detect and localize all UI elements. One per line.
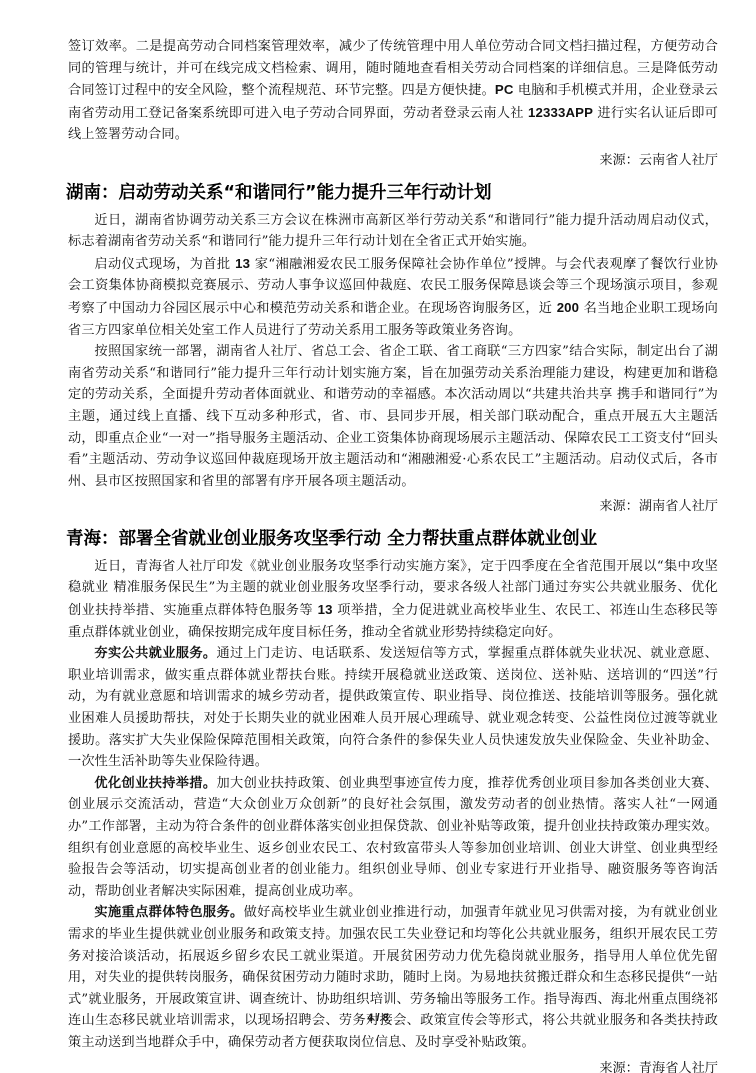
document-page: 签订效率。二是提高劳动合同档案管理效率，减少了传统管理中用人单位劳动合同文档扫描… [68, 0, 718, 1073]
count-value: 13 [318, 602, 333, 617]
paragraph-lead: 优化创业扶持举措。 [94, 776, 216, 791]
pc-label: PC [495, 82, 514, 97]
qinghai-paragraph-4: 实施重点群体特色服务。做好高校毕业生就业创业推进行动，加强青年就业见习供需对接，… [68, 902, 718, 1053]
hunan-paragraph-3: 按照国家统一部署，湖南省人社厅、省总工会、省企工联、省工商联“三方四家”结合实际… [68, 341, 718, 492]
paragraph-text: 加大创业扶持政策、创业典型事迹宣传力度，推荐优秀创业项目参加各类创业大赛、创业展… [68, 776, 718, 899]
qinghai-paragraph-1: 近日，青海省人社厅印发《就业创业服务攻坚季行动实施方案》，定于四季度在全省范围开… [68, 556, 718, 643]
yunnan-continuation-paragraph: 签订效率。二是提高劳动合同档案管理效率，减少了传统管理中用人单位劳动合同文档扫描… [68, 36, 718, 146]
paragraph-text: 通过上门走访、电话联系、发送短信等方式，掌握重点群体就失业状况、就业意愿、职业培… [68, 646, 718, 769]
qinghai-source: 来源：青海省人社厅 [68, 1058, 718, 1073]
paragraph-text: 做好高校毕业生就业创业推进行动，加强青年就业见习供需对接，为有就业创业需求的毕业… [68, 905, 718, 1050]
qinghai-heading: 青海：部署全省就业创业服务攻坚季行动 全力帮扶重点群体就业创业 [66, 526, 718, 552]
paragraph-lead: 实施重点群体特色服务。 [94, 905, 243, 920]
paragraph-text: 启动仪式现场，为首批 [94, 257, 235, 272]
qinghai-paragraph-3: 优化创业扶持举措。加大创业扶持政策、创业典型事迹宣传力度，推荐优秀创业项目参加各… [68, 773, 718, 903]
count-value: 13 [235, 256, 250, 271]
count-value: 200 [557, 300, 579, 315]
hunan-paragraph-2: 启动仪式现场，为首批 13 家“湘融湘爱农民工服务保障社会协作单位”授牌。与会代… [68, 253, 718, 341]
paragraph-lead: 夯实公共就业服务。 [94, 646, 216, 661]
qinghai-paragraph-2: 夯实公共就业服务。通过上门走访、电话联系、发送短信等方式，掌握重点群体就失业状况… [68, 643, 718, 773]
hunan-source: 来源：湖南省人社厅 [68, 496, 718, 518]
page-number: 4 / 8 [0, 1012, 756, 1024]
hunan-heading: 湖南：启动劳动关系“和谐同行”能力提升三年行动计划 [66, 180, 718, 206]
hunan-paragraph-1: 近日，湖南省协调劳动关系三方会议在株洲市高新区举行劳动关系“和谐同行”能力提升活… [68, 210, 718, 253]
yunnan-source: 来源：云南省人社厅 [68, 150, 718, 172]
app-name: 12333APP [528, 105, 593, 120]
